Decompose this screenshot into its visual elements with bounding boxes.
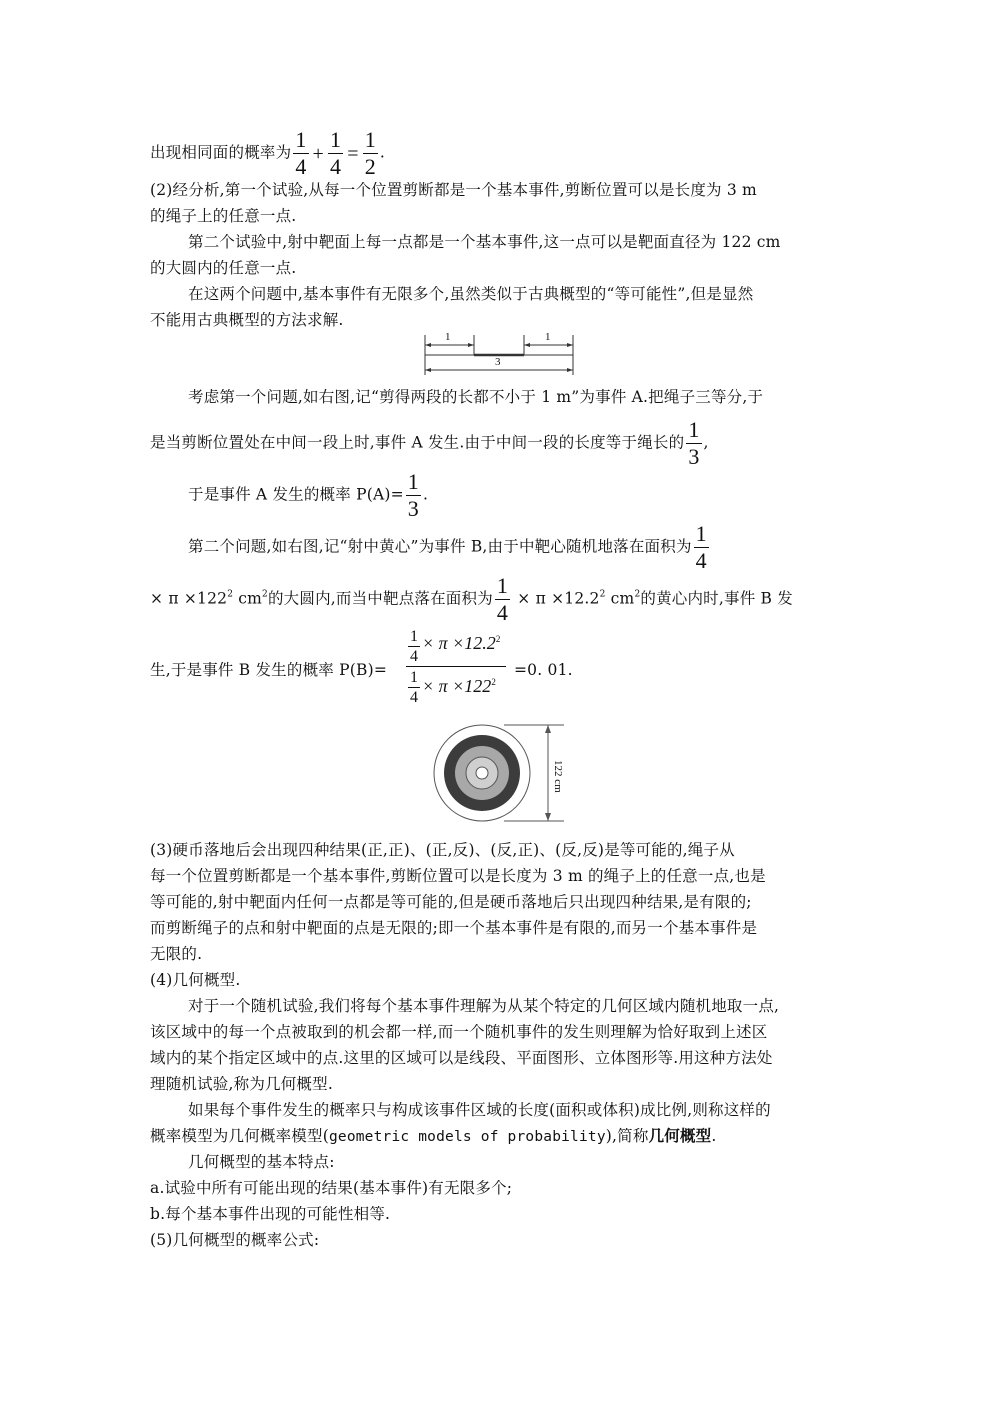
denominator: 14 × π ×1222	[406, 667, 512, 707]
probability-b-fraction: 14 × π ×12.22 14 × π ×1222	[406, 628, 512, 707]
text: 出现相同面的概率为	[150, 144, 291, 162]
fraction: 14	[293, 128, 308, 179]
first-problem-line-2: 是当剪断位置处在中间一段上时,事件 A 发生.由于中间一段的长度等于绳长的13,	[150, 418, 709, 469]
paragraph-2-line-1: (2)经分析,第一个试验,从每一个位置剪断都是一个基本事件,剪断位置可以是长度为…	[150, 180, 757, 200]
target-diagram: 122 cm	[432, 722, 572, 832]
term-geometric-probability: 几何概型	[649, 1127, 712, 1145]
paragraph-3-line-5: 无限的.	[150, 944, 202, 964]
probability-b-result: =0. 01.	[514, 660, 573, 680]
definition-line-1: 如果每个事件发生的概率只与构成该事件区域的长度(面积或体积)成比例,则称这样的	[188, 1100, 771, 1120]
second-problem-line-1: 第二个问题,如右图,记“射中黄心”为事件 B,由于中靶心随机地落在面积为14	[188, 522, 711, 573]
plus-sign: +	[313, 143, 324, 165]
second-experiment-line-2: 的大圆内的任意一点.	[150, 258, 296, 278]
fraction: 12	[363, 128, 378, 179]
section-4-heading: (4)几何概型.	[150, 970, 240, 990]
paragraph-4-line-2: 该区域中的每一个点被取到的机会都一样,而一个随机事件的发生则理解为恰好取到上述区	[150, 1022, 767, 1042]
second-experiment-line-1: 第二个试验中,射中靶面上每一点都是一个基本事件,这一点可以是靶面直径为 122 …	[188, 232, 781, 252]
rope-diagram: 1 1 3	[423, 333, 575, 375]
section-5-heading: (5)几何概型的概率公式:	[150, 1230, 319, 1250]
fraction: 14	[694, 522, 709, 573]
paragraph-3-line-2: 每一个位置剪断都是一个基本事件,剪断位置可以是长度为 3 m 的绳子上的任意一点…	[150, 866, 766, 886]
infinite-events-line-2: 不能用古典概型的方法求解.	[150, 310, 344, 330]
equals-sign: =	[347, 143, 358, 165]
paragraph-3-line-3: 等可能的,射中靶面内任何一点都是等可能的,但是硬币落地后只出现四种结果,是有限的…	[150, 892, 752, 912]
left-segment-label: 1	[445, 331, 451, 343]
fraction: 14	[495, 574, 510, 625]
second-problem-line-2: × π ×1222 cm2的大圆内,而当中靶点落在面积为14 × π ×12.2…	[150, 574, 793, 625]
feature-b: b.每个基本事件出现的可能性相等.	[150, 1204, 390, 1224]
right-segment-label: 1	[545, 331, 551, 343]
paragraph-3-line-1: (3)硬币落地后会出现四种结果(正,正)、(正,反)、(反,正)、(反,反)是等…	[150, 840, 735, 860]
paragraph-3-line-4: 而剪断绳子的点和射中靶面的点是无限的;即一个基本事件是有限的,而另一个基本事件是	[150, 918, 757, 938]
fraction: 13	[686, 418, 701, 469]
line-same-face-probability: 出现相同面的概率为14+14=12.	[150, 128, 385, 179]
feature-a: a.试验中所有可能出现的结果(基本事件)有无限多个;	[150, 1178, 512, 1198]
total-length-label: 3	[495, 356, 501, 368]
fraction: 14	[328, 128, 343, 179]
paragraph-2-line-2: 的绳子上的任意一点.	[150, 206, 296, 226]
probability-b-line: 生,于是事件 B 发生的概率 P(B)=	[150, 660, 387, 680]
paragraph-4-line-4: 理随机试验,称为几何概型.	[150, 1074, 333, 1094]
features-heading: 几何概型的基本特点:	[188, 1152, 335, 1172]
paragraph-4-line-3: 域内的某个指定区域中的点.这里的区域可以是线段、平面图形、立体图形等.用这种方法…	[150, 1048, 773, 1068]
diameter-label: 122 cm	[552, 760, 564, 793]
fraction: 13	[406, 470, 421, 521]
definition-line-2: 概率模型为几何概率模型(geometric models of probabil…	[150, 1126, 717, 1147]
numerator: 14 × π ×12.22	[406, 628, 512, 666]
probability-a-line: 于是事件 A 发生的概率 P(A)=13.	[188, 470, 428, 521]
infinite-events-line-1: 在这两个问题中,基本事件有无限多个,虽然类似于古典概型的“等可能性”,但是显然	[188, 284, 753, 304]
first-problem-line-1: 考虑第一个问题,如右图,记“剪得两段的长都不小于 1 m”为事件 A.把绳子三等…	[188, 387, 763, 407]
paragraph-4-line-1: 对于一个随机试验,我们将每个基本事件理解为从某个特定的几何区域内随机地取一点,	[188, 996, 779, 1016]
